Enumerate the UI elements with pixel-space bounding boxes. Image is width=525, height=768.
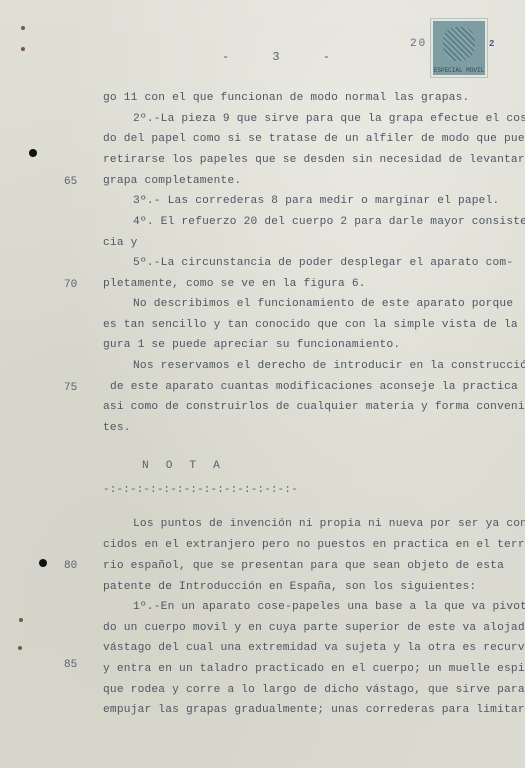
nota-line: rio español, que se presentan para que s… xyxy=(103,560,504,572)
body-line: asi como de construirlos de cualquier ma… xyxy=(103,401,525,413)
body-line: tes. xyxy=(103,422,131,434)
document-page: - 3 - 20MAY 1932 ESPECIAL MOVIL 65 70 75… xyxy=(0,0,525,768)
body-line: 2º.-La pieza 9 que sirve para que la gra… xyxy=(133,113,525,125)
line-number: 65 xyxy=(64,176,77,188)
body-line: retirarse los papeles que se desden sin … xyxy=(103,154,525,166)
body-line: cia y xyxy=(103,237,138,249)
punch-hole xyxy=(29,149,37,157)
line-number: 75 xyxy=(64,382,77,394)
nota-line: 1º.-En un aparato cose-papeles una base … xyxy=(133,601,525,613)
nota-line: que rodea y corre a lo largo de dicho vá… xyxy=(103,684,525,696)
line-number: 85 xyxy=(64,659,77,671)
body-line: 5º.-La circunstancia de poder desplegar … xyxy=(133,257,513,269)
body-line: de este aparato cuantas modificaciones a… xyxy=(110,381,518,393)
punch-hole xyxy=(21,47,25,51)
nota-heading: NOTA xyxy=(142,460,237,472)
punch-hole xyxy=(21,26,25,30)
nota-line: Los puntos de invención ni propia ni nue… xyxy=(133,518,525,530)
stamp-label: ESPECIAL MOVIL xyxy=(433,67,485,74)
revenue-stamp: ESPECIAL MOVIL xyxy=(431,19,487,77)
body-line: es tan sencillo y tan conocido que con l… xyxy=(103,319,525,331)
nota-line: y entra en un taladro practicado en el c… xyxy=(103,663,525,675)
coat-of-arms-icon xyxy=(443,27,475,61)
body-line: 3º.- Las correderas 8 para medir o margi… xyxy=(133,195,499,207)
nota-line: vástago del cual una extremidad va sujet… xyxy=(103,642,525,654)
body-line: grapa completamente. xyxy=(103,175,241,187)
nota-line: cidos en el extranjero pero no puestos e… xyxy=(103,539,525,551)
nota-line: do un cuerpo movil y en cuya parte super… xyxy=(103,622,525,634)
body-line: Nos reservamos el derecho de introducir … xyxy=(133,360,525,372)
body-line: No describimos el funcionamiento de este… xyxy=(133,298,513,310)
body-line: 4º. El refuerzo 20 del cuerpo 2 para dar… xyxy=(133,216,525,228)
punch-hole xyxy=(39,559,47,567)
postmark-day: 20 xyxy=(410,38,427,50)
punch-hole xyxy=(18,646,22,650)
nota-divider: -:-:-:-:-:-:-:-:-:-:-:-:-:-:- xyxy=(103,484,298,496)
body-line: gura 1 se puede apreciar su funcionamien… xyxy=(103,339,400,351)
nota-line: patente de Introducción en España, son l… xyxy=(103,581,476,593)
body-line: go 11 con el que funcionan de modo norma… xyxy=(103,92,469,104)
body-line: do del papel como si se tratase de un al… xyxy=(103,133,525,145)
punch-hole xyxy=(19,618,23,622)
page-number: - 3 - xyxy=(222,50,348,64)
line-number: 70 xyxy=(64,279,77,291)
body-line: pletamente, como se ve en la figura 6. xyxy=(103,278,366,290)
nota-line: empujar las grapas gradualmente; unas co… xyxy=(103,704,525,716)
line-number: 80 xyxy=(64,560,77,572)
